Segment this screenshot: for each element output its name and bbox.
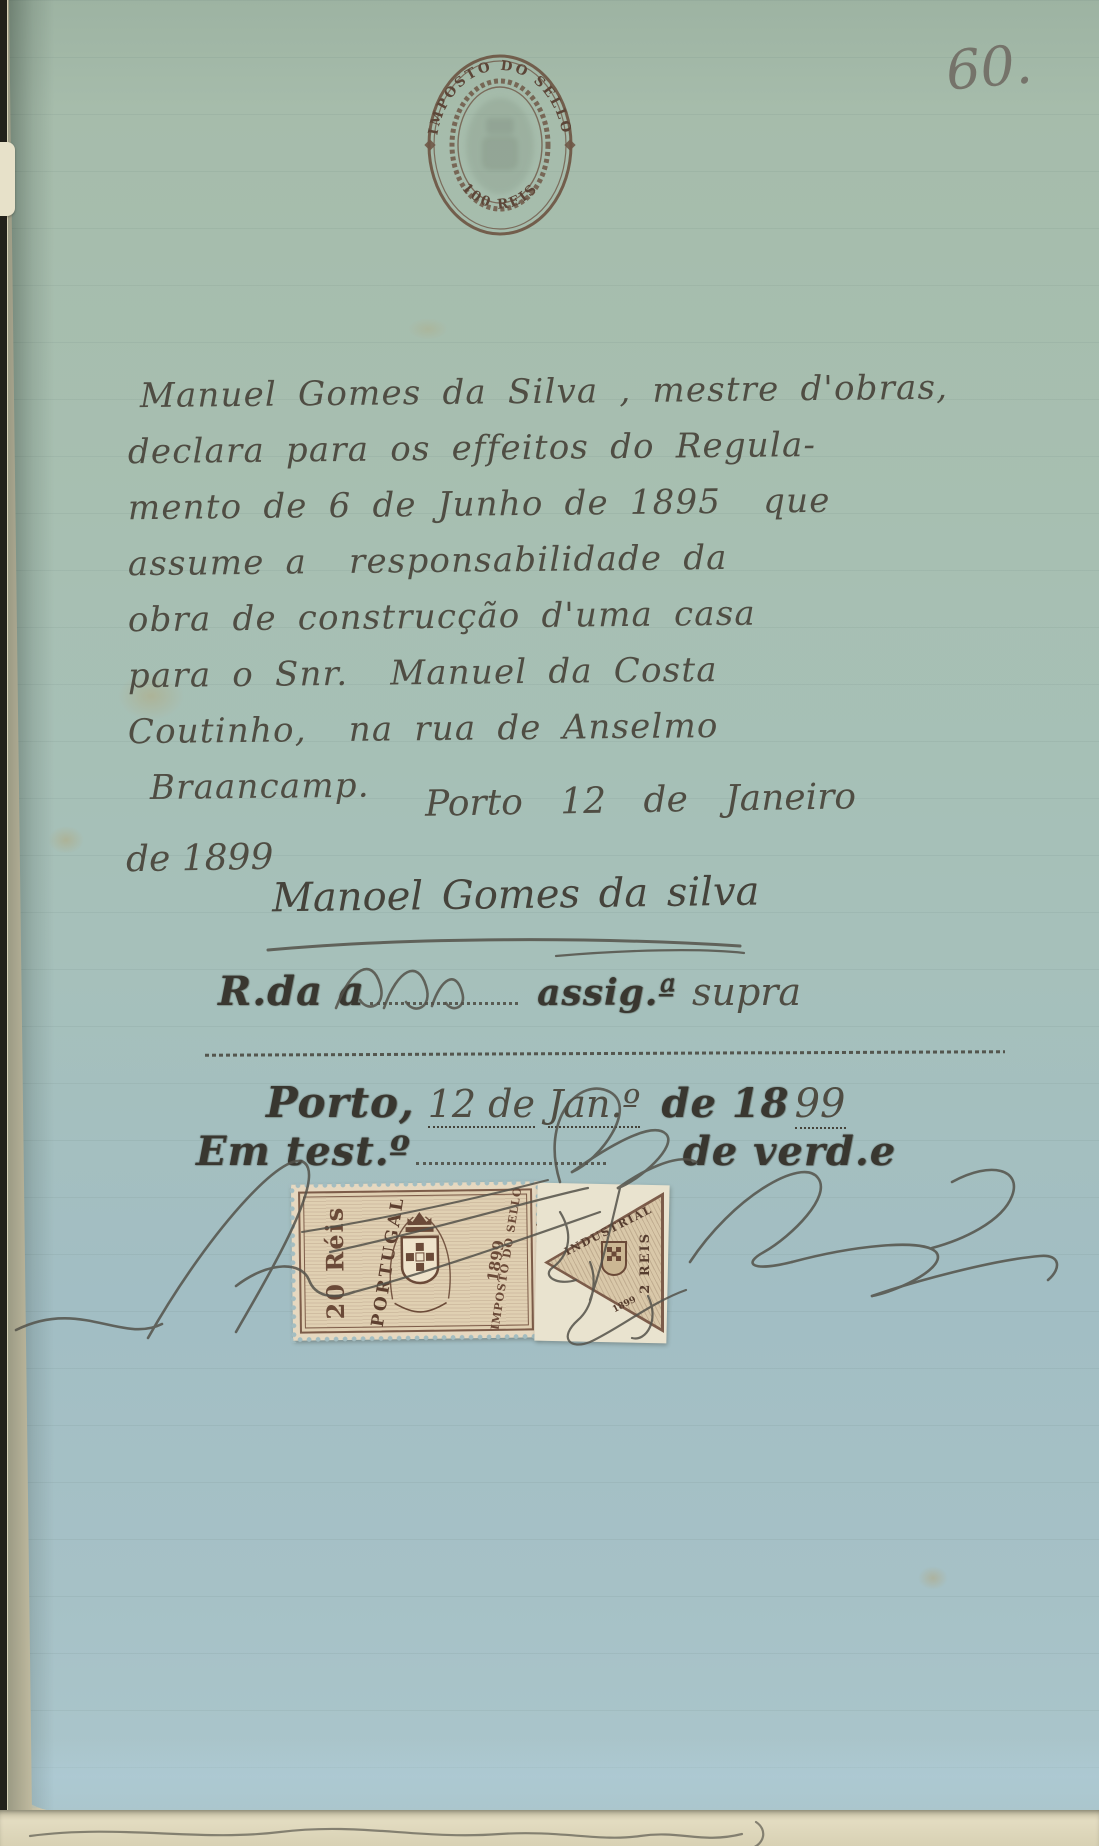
- revenue-stamp-20-reis: 20 Réis PORTUGAL IMPOSTO DO SELLO 1899 V…: [291, 1181, 541, 1340]
- stamp-perforation: [288, 1183, 298, 1343]
- declaration-line: Manuel Gomes da Silva , mestre d'obras,: [128, 368, 929, 432]
- industrial-stamp-value: 2 REIS: [638, 1232, 653, 1294]
- attest-leader-dots: [416, 1120, 606, 1165]
- underlying-page-corner: [0, 142, 15, 216]
- declaration-body: Manuel Gomes da Silva , mestre d'obras, …: [128, 372, 928, 820]
- notary-recognition-line: R.da a assig.ª supra: [218, 962, 801, 1015]
- underlying-page-bottom-edge: [0, 1810, 1099, 1846]
- dateline-place: Porto 12 de Janeiro: [425, 776, 857, 825]
- recognition-supra: supra: [692, 970, 801, 1014]
- recognition-stamped-text: R.da a: [218, 968, 365, 1015]
- page-bottom-light-band: [8, 1738, 1099, 1808]
- dateline-year: de 1899: [126, 837, 274, 881]
- declarant-signature: Manoel Gomes da silva: [272, 869, 760, 922]
- attest-em-testemunho: Em test.º: [196, 1128, 411, 1175]
- archival-document-scan: 60. IMPOSTO DO SELLO 100 REIS Manuel Gom…: [0, 0, 1099, 1846]
- binding-crease-shadow: [8, 0, 54, 1812]
- recognition-assignature-label: assig.ª: [537, 972, 677, 1014]
- declaration-line: declara para os effeitos do Regula-: [128, 424, 929, 488]
- book-spine-edge: [0, 0, 7, 1846]
- imposto-do-sello-embossed-seal: IMPOSTO DO SELLO 100 REIS: [424, 52, 576, 238]
- declaration-line: obra de construcção d'uma casa: [128, 592, 929, 656]
- folio-number: 60.: [943, 32, 1034, 102]
- declaration-line: Coutinho, na rua de Anselmo: [128, 704, 929, 768]
- declaration-line: mento de 6 de Junho de 1895 que: [128, 480, 929, 544]
- attest-de-verdade: de verd.e: [683, 1128, 896, 1175]
- stamp-value-left: 20 Réis: [320, 1206, 351, 1320]
- stamp-coat-of-arms: [383, 1202, 457, 1319]
- recognition-rubric-underline: [370, 962, 518, 1005]
- declaration-line: assume a responsabilidade da: [128, 536, 929, 600]
- bottom-edge-scribble: [0, 1810, 1099, 1846]
- embossed-coat-of-arms: [466, 98, 534, 194]
- declaration-line: para o Snr. Manuel da Costa: [128, 648, 929, 712]
- attestation-line: Em test.º de verd.e: [196, 1120, 896, 1175]
- industrial-stamp-shield: [596, 1238, 632, 1282]
